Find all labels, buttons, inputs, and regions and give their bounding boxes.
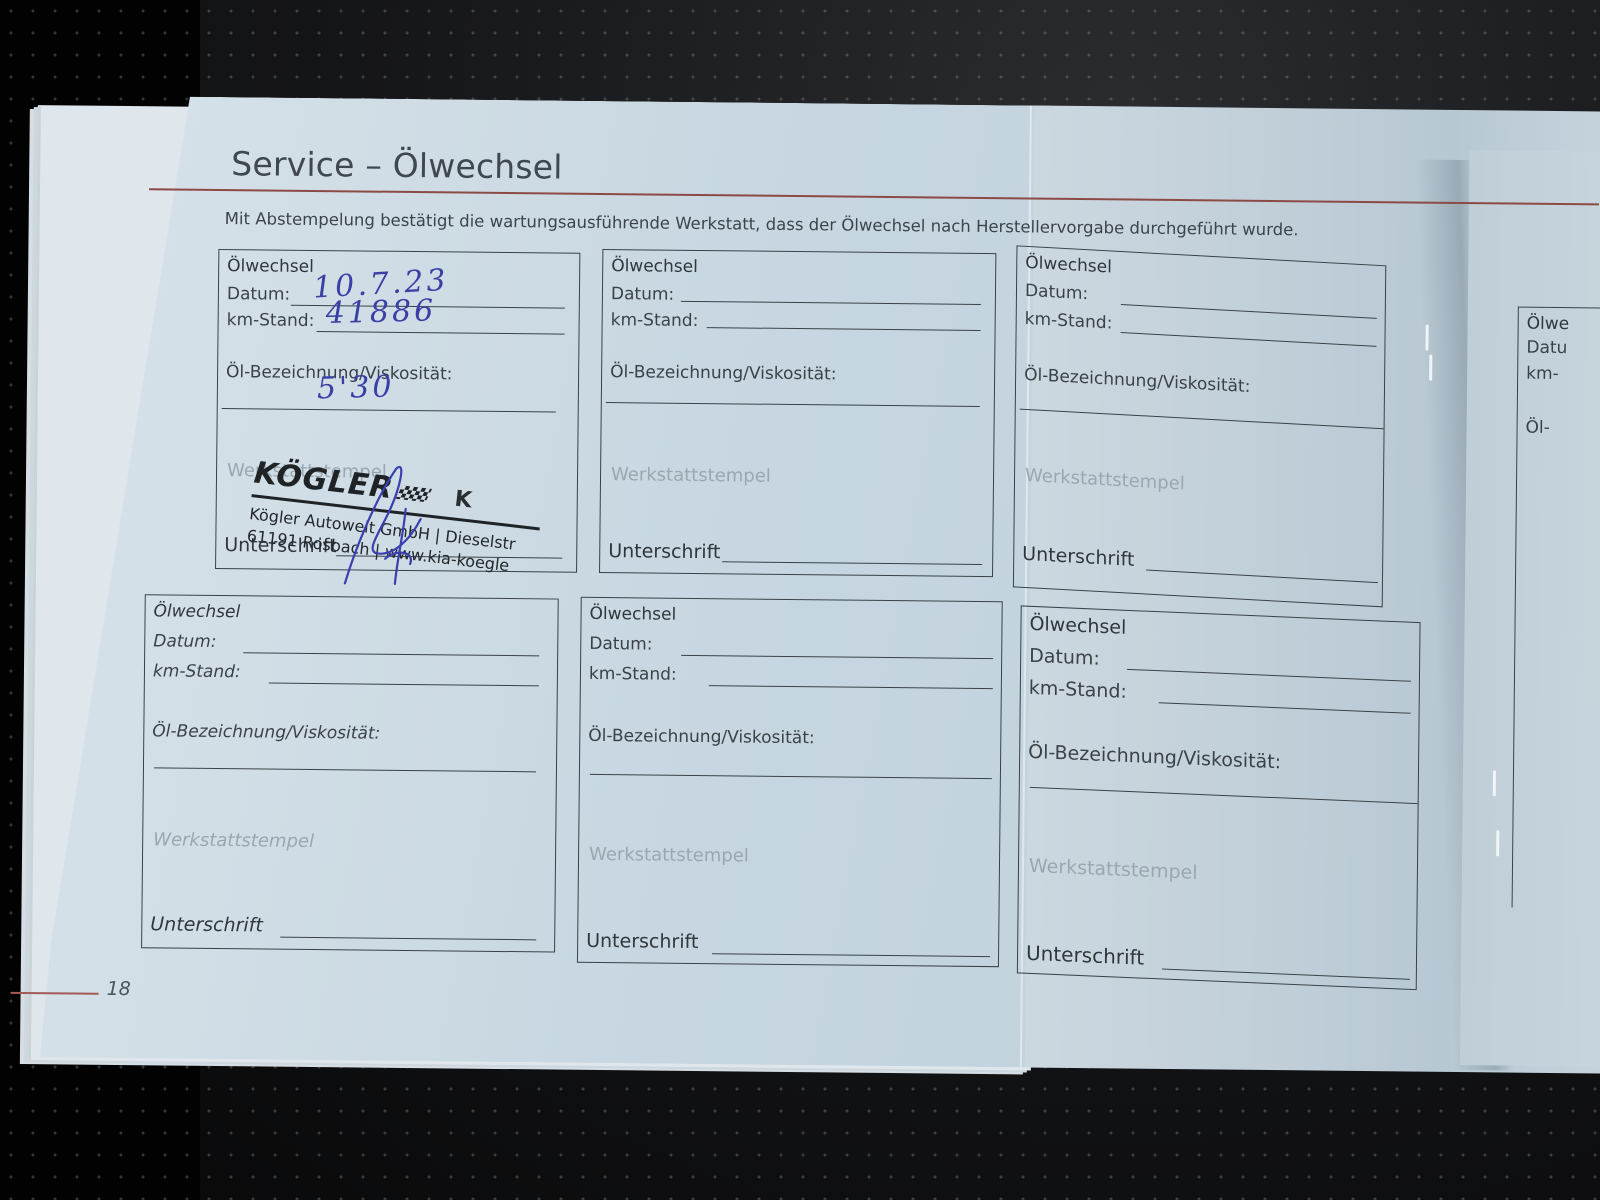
date-label: Datum: — [153, 631, 216, 652]
oil-change-entry-3: Ölwechsel Datum: km-Stand: Öl-Bezeichnun… — [1013, 245, 1386, 607]
date-label: Datum: — [611, 284, 674, 305]
date-label: Datu — [1526, 338, 1567, 358]
staple-icon — [1496, 830, 1499, 856]
oil-label: Öl-Bezeichnung/Viskosität: — [1024, 365, 1250, 397]
oil-change-entry-6: Ölwechsel Datum: km-Stand: Öl-Bezeichnun… — [1017, 605, 1421, 990]
kia-logo-icon: K — [453, 487, 473, 514]
signature-field[interactable] — [722, 561, 982, 565]
next-page-entry-partial: Ölwe Datu km- Öl- — [1512, 307, 1600, 909]
signature-label: Unterschrift — [586, 930, 698, 953]
service-booklet: Service – Ölwechsel Mit Abstempelung bes… — [20, 95, 1600, 1092]
staple-icon — [1493, 770, 1496, 796]
signature-field[interactable] — [712, 953, 990, 957]
oil-change-entry-5: Ölwechsel Datum: km-Stand: Öl-Bezeichnun… — [577, 597, 1003, 967]
mileage-label: km- — [1526, 364, 1559, 384]
date-label: Datum: — [1025, 281, 1088, 304]
entry-header: Ölwechsel — [227, 256, 314, 277]
entry-header: Ölwechsel — [1025, 253, 1112, 278]
page-title: Service – Ölwechsel — [231, 144, 563, 186]
date-field[interactable] — [681, 301, 981, 305]
mileage-field[interactable] — [1121, 332, 1377, 347]
date-field[interactable] — [1127, 669, 1411, 682]
oil-field[interactable] — [154, 767, 536, 772]
mileage-field[interactable] — [1159, 702, 1411, 714]
mileage-label: km-Stand: — [153, 661, 241, 682]
entry-header: Ölwe — [1527, 314, 1570, 334]
stamp-placeholder: Werkstattstempel — [153, 829, 314, 852]
entry-header: Ölwechsel — [611, 256, 698, 277]
staple-icon — [1429, 355, 1432, 381]
signature-label: Unterschrift — [1022, 543, 1134, 571]
entry-header: Ölwechsel — [589, 604, 676, 625]
mileage-label: km-Stand: — [227, 310, 315, 331]
handwritten-oil: 5'30 — [317, 369, 395, 406]
oil-label: Öl-Bezeichnung/Viskosität: — [610, 362, 837, 384]
signature-field[interactable] — [1146, 570, 1378, 584]
oil-change-entry-4: Ölwechsel Datum: km-Stand: Öl-Bezeichnun… — [141, 594, 559, 952]
date-label: Datum: — [227, 284, 290, 305]
stamp-placeholder: Werkstattstempel — [611, 464, 771, 487]
mileage-field[interactable] — [709, 685, 993, 689]
staple-icon — [1425, 325, 1428, 351]
oil-field[interactable] — [606, 402, 980, 407]
handwritten-mileage: 41886 — [325, 293, 436, 331]
signature-field[interactable] — [280, 937, 536, 941]
handwritten-signature — [325, 458, 446, 589]
oil-field[interactable] — [1020, 409, 1384, 430]
stamp-placeholder: Werkstattstempel — [1025, 465, 1185, 495]
date-field[interactable] — [681, 655, 993, 659]
mileage-label: km-Stand: — [611, 310, 699, 331]
oil-label: Öl-Bezeichnung/Viskosität: — [588, 726, 815, 748]
mileage-field[interactable] — [707, 327, 981, 331]
oil-label: Öl-Bezeichnung/Viskosität: — [1028, 741, 1281, 774]
entry-header: Ölwechsel — [1029, 613, 1126, 639]
oil-label: Öl-Bezeichnung/Viskosität: — [152, 721, 380, 743]
mileage-label: km-Stand: — [589, 664, 677, 685]
oil-change-entry-2: Ölwechsel Datum: km-Stand: Öl-Bezeichnun… — [599, 249, 996, 577]
stamp-placeholder: Werkstattstempel — [589, 844, 749, 867]
mileage-field[interactable] — [317, 331, 565, 335]
date-label: Datum: — [1029, 645, 1100, 670]
oil-field[interactable] — [1030, 787, 1418, 804]
mileage-label: km-Stand: — [1029, 677, 1127, 703]
oil-label: Öl- — [1525, 418, 1549, 438]
signature-field[interactable] — [1162, 968, 1410, 979]
signature-label: Unterschrift — [608, 540, 720, 563]
stamp-placeholder: Werkstattstempel — [1029, 855, 1198, 884]
date-label: Datum: — [589, 634, 652, 655]
date-field[interactable] — [1121, 304, 1377, 319]
page-number: 18 — [107, 978, 131, 1000]
date-field[interactable] — [243, 652, 539, 656]
signature-label: Unterschrift — [150, 913, 263, 936]
mileage-label: km-Stand: — [1025, 309, 1113, 334]
oil-field[interactable] — [590, 774, 992, 779]
entry-header: Ölwechsel — [153, 601, 240, 622]
signature-label: Unterschrift — [1026, 941, 1144, 970]
mileage-field[interactable] — [269, 683, 539, 687]
oil-field[interactable] — [222, 408, 556, 412]
